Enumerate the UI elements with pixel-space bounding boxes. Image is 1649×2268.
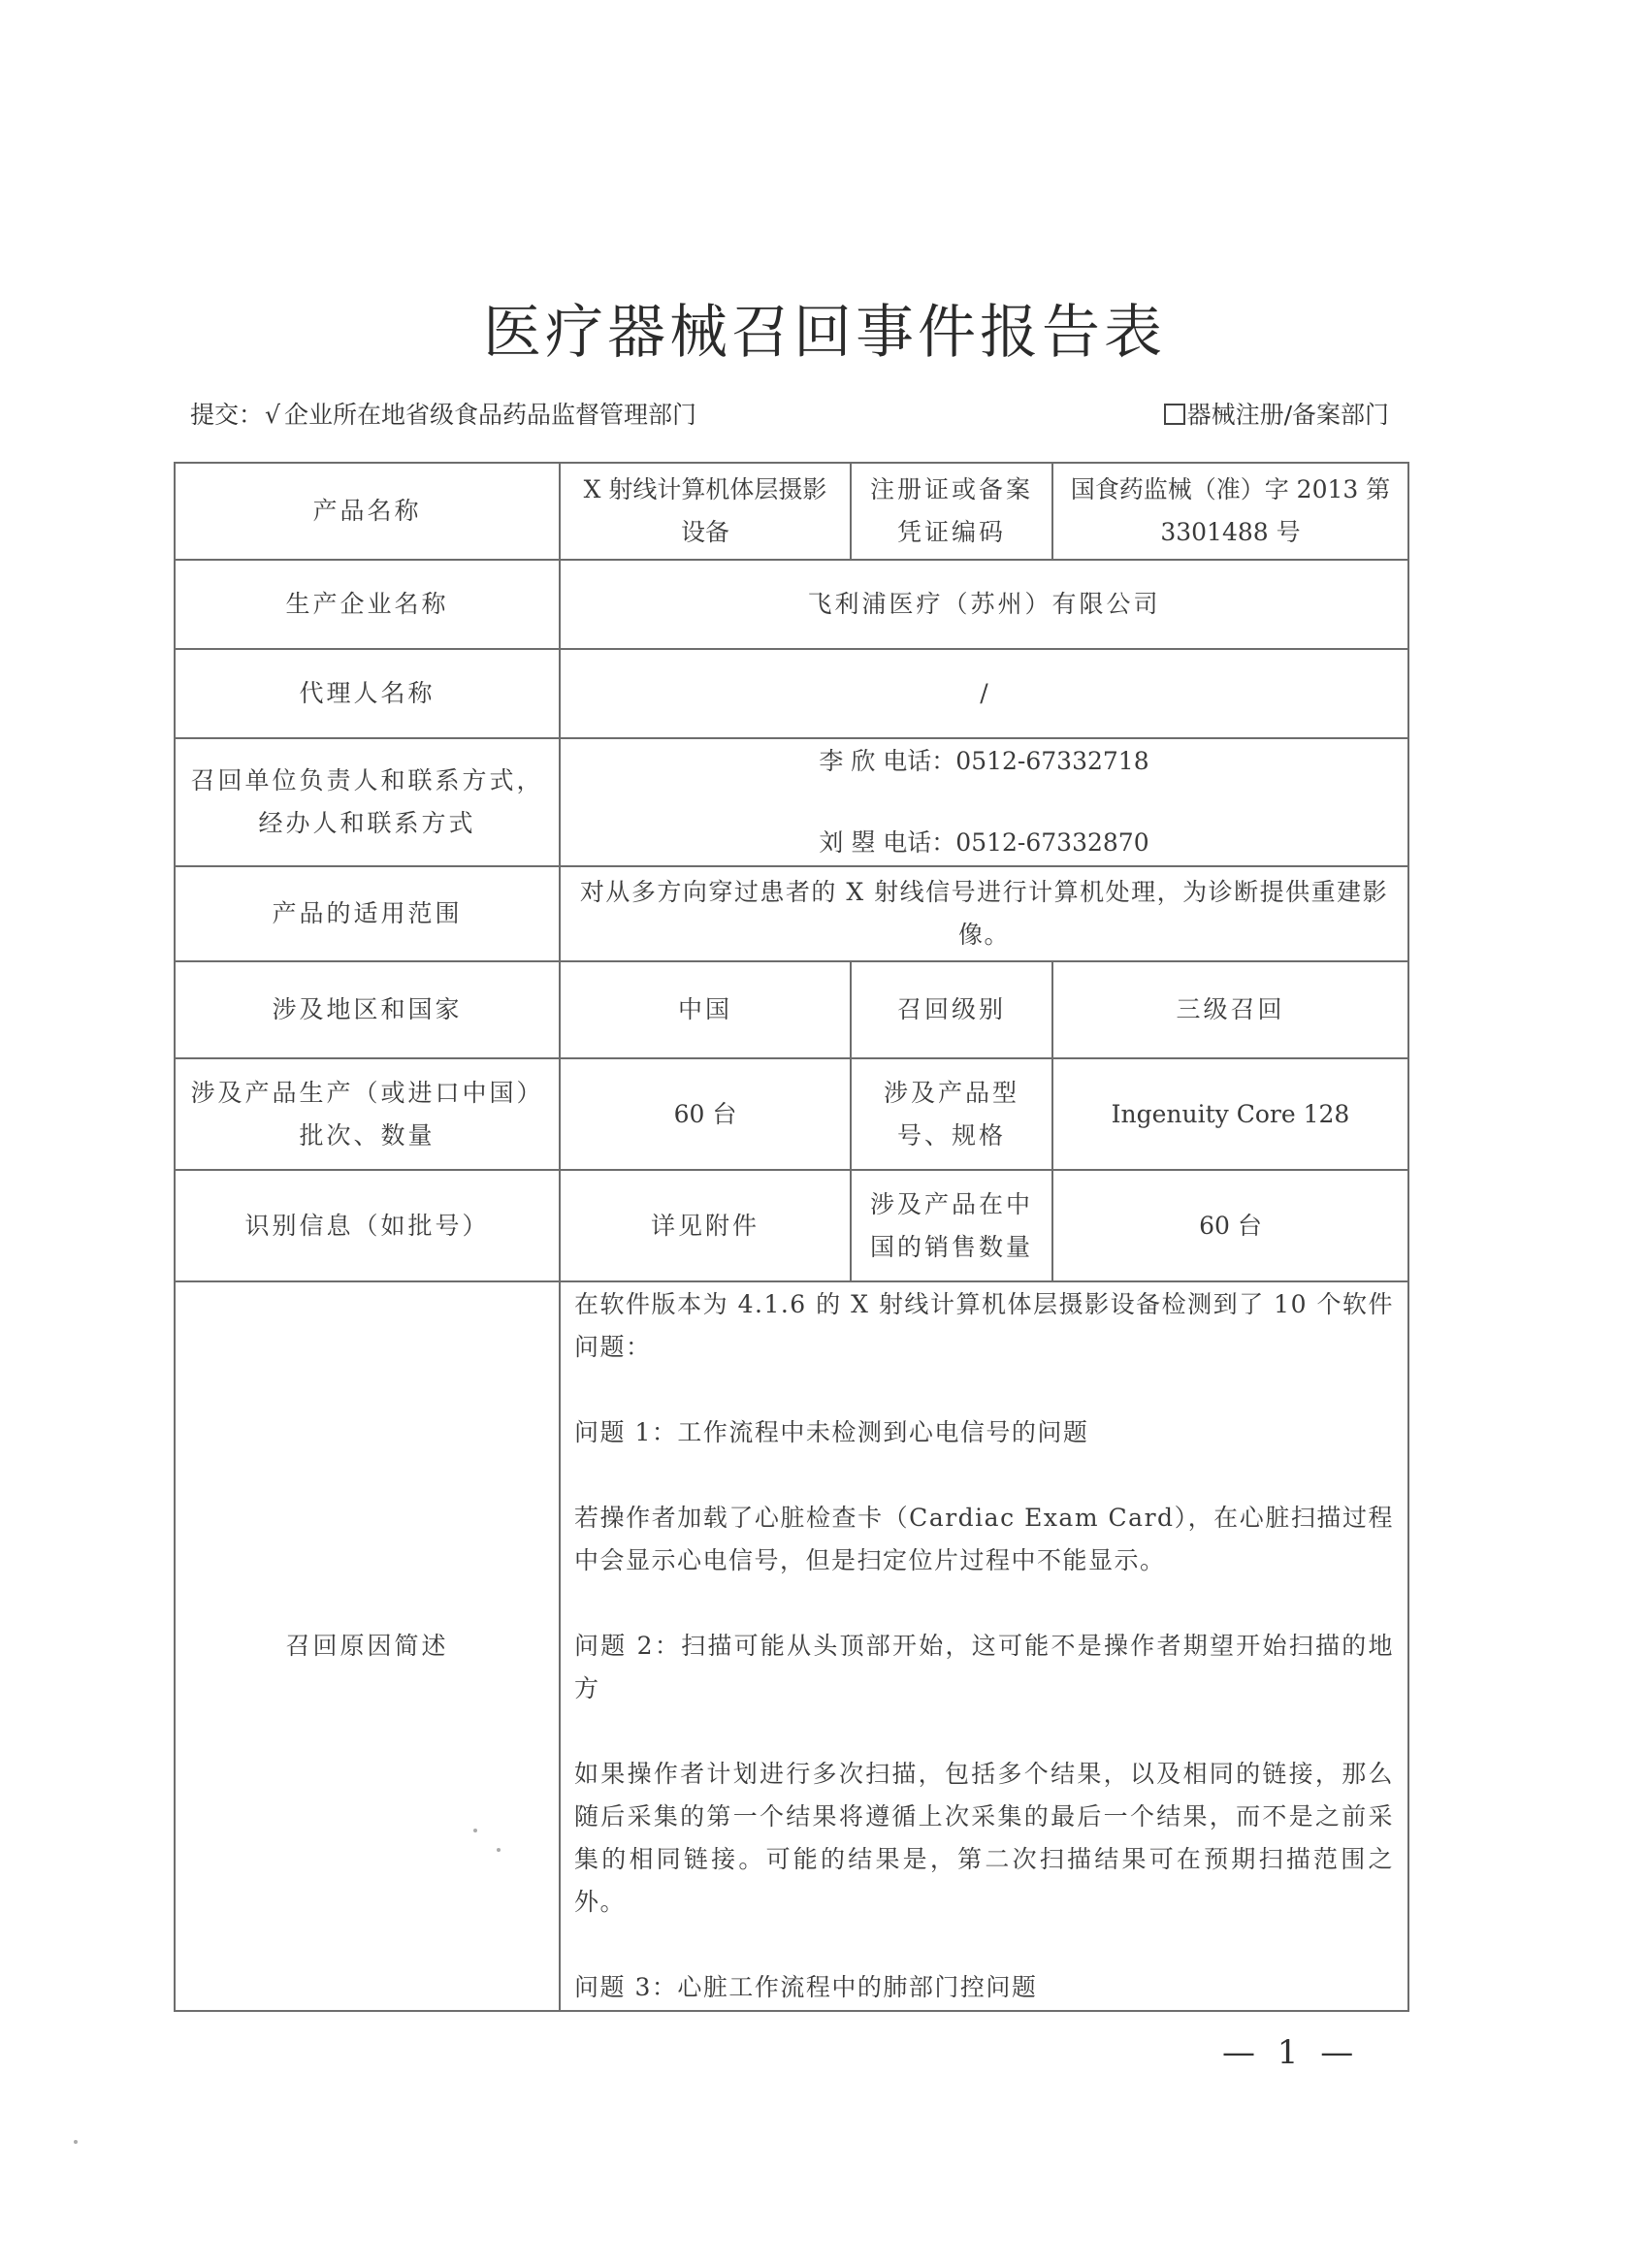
table-row: 生产企业名称 飞利浦医疗（苏州）有限公司 bbox=[175, 560, 1408, 649]
table-row: 召回原因简述 在软件版本为 4.1.6 的 X 射线计算机体层摄影设备检测到了 … bbox=[175, 1281, 1408, 2011]
id-info-label: 识别信息（如批号） bbox=[175, 1170, 560, 1281]
scan-speck bbox=[74, 2140, 78, 2144]
recall-level-value: 三级召回 bbox=[1052, 961, 1408, 1058]
sales-value: 60 台 bbox=[1052, 1170, 1408, 1281]
contact-phone: 0512-67332718 bbox=[955, 747, 1148, 775]
region-value: 中国 bbox=[560, 961, 851, 1058]
scope-label: 产品的适用范围 bbox=[175, 866, 560, 961]
sales-label: 涉及产品在中国的销售数量 bbox=[851, 1170, 1052, 1281]
agent-value: / bbox=[560, 649, 1408, 738]
reason-paragraph: 问题 3：心脏工作流程中的肺部门控问题 bbox=[574, 1966, 1394, 2009]
document-title: 医疗器械召回事件报告表 bbox=[0, 286, 1649, 370]
checkbox-empty-icon bbox=[1164, 404, 1185, 425]
checkmark-icon: √ bbox=[265, 401, 280, 429]
reason-paragraph: 如果操作者计划进行多次扫描，包括多个结果，以及相同的链接，那么随后采集的第一个结… bbox=[574, 1753, 1394, 1924]
reason-paragraph: 若操作者加载了心脏检查卡（Cardiac Exam Card），在心脏扫描过程中… bbox=[574, 1497, 1394, 1582]
reason-paragraph: 问题 2：扫描可能从头顶部开始，这可能不是操作者期望开始扫描的地方 bbox=[574, 1625, 1394, 1710]
recall-report-table: 产品名称 X 射线计算机体层摄影设备 注册证或备案凭证编码 国食药监械（准）字 … bbox=[174, 462, 1409, 2012]
page-number: — 1 — bbox=[1222, 2033, 1359, 2072]
model-label: 涉及产品型号、规格 bbox=[851, 1058, 1052, 1170]
submit-option-provincial: 提交：√企业所在地省级食品药品监督管理部门 bbox=[190, 396, 696, 431]
model-value: Ingenuity Core 128 bbox=[1052, 1058, 1408, 1170]
submit-checked-option: 企业所在地省级食品药品监督管理部门 bbox=[284, 401, 696, 429]
contact-name: 刘 曌 bbox=[819, 828, 875, 857]
table-row: 召回单位负责人和联系方式，经办人和联系方式 李 欣 电话：0512-673327… bbox=[175, 738, 1408, 866]
contact-value: 李 欣 电话：0512-67332718 刘 曌 电话：0512-6733287… bbox=[560, 738, 1408, 866]
table-row: 产品名称 X 射线计算机体层摄影设备 注册证或备案凭证编码 国食药监械（准）字 … bbox=[175, 463, 1408, 560]
batch-label: 涉及产品生产（或进口中国）批次、数量 bbox=[175, 1058, 560, 1170]
submit-prefix: 提交： bbox=[190, 401, 263, 429]
contact-entry: 刘 曌 电话：0512-67332870 bbox=[574, 822, 1394, 864]
scope-value: 对从多方向穿过患者的 X 射线信号进行计算机处理，为诊断提供重建影像。 bbox=[560, 866, 1408, 961]
manufacturer-label: 生产企业名称 bbox=[175, 560, 560, 649]
manufacturer-value: 飞利浦医疗（苏州）有限公司 bbox=[560, 560, 1408, 649]
table-row: 代理人名称 / bbox=[175, 649, 1408, 738]
table-row: 识别信息（如批号） 详见附件 涉及产品在中国的销售数量 60 台 bbox=[175, 1170, 1408, 1281]
table-row: 产品的适用范围 对从多方向穿过患者的 X 射线信号进行计算机处理，为诊断提供重建… bbox=[175, 866, 1408, 961]
batch-value: 60 台 bbox=[560, 1058, 851, 1170]
reason-label: 召回原因简述 bbox=[175, 1281, 560, 2011]
contact-phone-label: 电话： bbox=[883, 828, 955, 857]
contact-phone: 0512-67332870 bbox=[955, 828, 1148, 857]
reason-value: 在软件版本为 4.1.6 的 X 射线计算机体层摄影设备检测到了 10 个软件问… bbox=[560, 1281, 1408, 2011]
scan-speck bbox=[497, 1848, 501, 1852]
registration-label: 注册证或备案凭证编码 bbox=[851, 463, 1052, 560]
contact-name: 李 欣 bbox=[819, 747, 875, 775]
contact-label: 召回单位负责人和联系方式，经办人和联系方式 bbox=[175, 738, 560, 866]
reason-paragraph: 在软件版本为 4.1.6 的 X 射线计算机体层摄影设备检测到了 10 个软件问… bbox=[574, 1283, 1394, 1369]
table-row: 涉及产品生产（或进口中国）批次、数量 60 台 涉及产品型号、规格 Ingenu… bbox=[175, 1058, 1408, 1170]
product-name-value: X 射线计算机体层摄影设备 bbox=[560, 463, 851, 560]
scan-speck bbox=[473, 1829, 477, 1832]
agent-label: 代理人名称 bbox=[175, 649, 560, 738]
recall-level-label: 召回级别 bbox=[851, 961, 1052, 1058]
submit-line: 提交：√企业所在地省级食品药品监督管理部门 器械注册/备案部门 bbox=[190, 396, 1389, 435]
registration-value: 国食药监械（准）字 2013 第 3301488 号 bbox=[1052, 463, 1408, 560]
contact-entry: 李 欣 电话：0512-67332718 bbox=[574, 740, 1394, 783]
submit-option-registration: 器械注册/备案部门 bbox=[1164, 396, 1389, 431]
region-label: 涉及地区和国家 bbox=[175, 961, 560, 1058]
table-row: 涉及地区和国家 中国 召回级别 三级召回 bbox=[175, 961, 1408, 1058]
contact-phone-label: 电话： bbox=[883, 747, 955, 775]
product-name-label: 产品名称 bbox=[175, 463, 560, 560]
reason-paragraph: 问题 1：工作流程中未检测到心电信号的问题 bbox=[574, 1411, 1394, 1454]
id-info-value: 详见附件 bbox=[560, 1170, 851, 1281]
submit-unchecked-option: 器械注册/备案部门 bbox=[1187, 401, 1389, 429]
